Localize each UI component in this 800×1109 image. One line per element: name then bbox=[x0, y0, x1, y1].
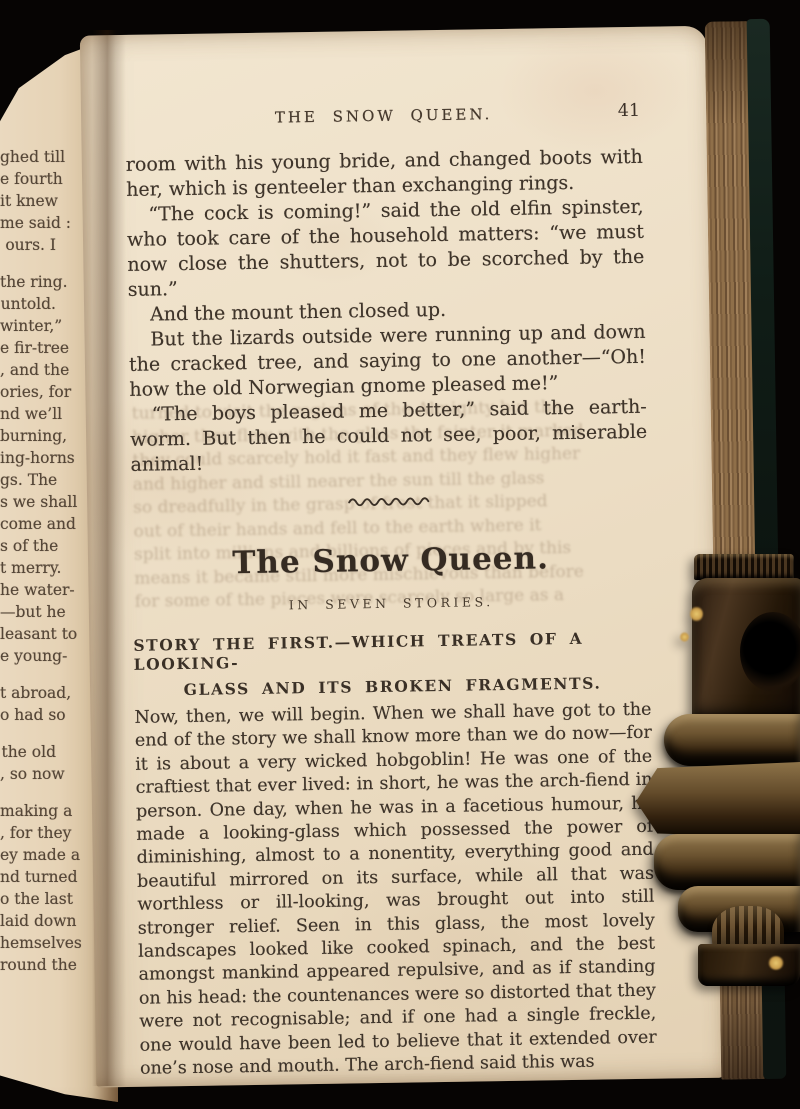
story-subtitle: IN SEVEN STORIES. bbox=[133, 592, 650, 615]
opening-paragraph: Now, then, we will begin. When we shall … bbox=[134, 699, 657, 1082]
left-page-line: the ring. bbox=[0, 271, 56, 293]
left-page-line: t abroad, bbox=[0, 682, 56, 704]
left-page-line: nd we’ll bbox=[0, 403, 56, 425]
left-page-line: , for they bbox=[0, 822, 56, 844]
left-page-line: me said : bbox=[0, 212, 56, 234]
left-page-line: s of the bbox=[0, 535, 56, 557]
left-page-line: laid down bbox=[0, 910, 56, 932]
left-page-line: ghed till bbox=[0, 146, 56, 168]
story-title: The Snow Queen. bbox=[132, 539, 650, 583]
clasp-ridge bbox=[636, 762, 800, 838]
left-page-line: ories, for bbox=[0, 381, 56, 403]
book-photo-scene: ghed tille fourthit knewme said :ours. I… bbox=[0, 0, 800, 1109]
page-number: 41 bbox=[618, 101, 641, 121]
left-page-line: it knew bbox=[0, 190, 56, 212]
chapter-heading-line1: STORY THE FIRST.—WHICH TREATS OF A LOOKI… bbox=[133, 628, 651, 674]
left-page-line: ing-horns bbox=[0, 447, 56, 469]
metal-glint bbox=[768, 956, 784, 970]
metal-clasp bbox=[630, 548, 800, 988]
left-page-line: come and bbox=[0, 513, 56, 535]
left-page-line: s we shall bbox=[0, 491, 56, 513]
left-page-line: hemselves bbox=[0, 932, 56, 954]
left-page-line: the old bbox=[0, 741, 56, 763]
left-page-line: ey made a bbox=[0, 844, 56, 866]
left-page-line: , so now bbox=[0, 763, 56, 785]
left-page-line: e fourth bbox=[0, 168, 56, 190]
left-page-line: , and the bbox=[0, 359, 56, 381]
clasp-strap bbox=[692, 578, 800, 726]
clasp-bottom-strap bbox=[698, 944, 800, 986]
clasp-ridge bbox=[654, 834, 800, 890]
metal-glint bbox=[680, 632, 689, 642]
left-page-line: e young- bbox=[0, 645, 56, 667]
left-page-line: t merry. bbox=[0, 557, 56, 579]
left-page-line: gs. The bbox=[0, 469, 56, 491]
left-page-line: burning, bbox=[0, 425, 56, 447]
left-page-line: he water- bbox=[0, 579, 56, 601]
left-page-line: leasant to bbox=[0, 623, 56, 645]
page-header: THE SNOW QUEEN. 41 bbox=[125, 103, 642, 133]
left-page-line: nd turned bbox=[0, 866, 56, 888]
chapter-heading-line2: GLASS AND ITS BROKEN FRAGMENTS. bbox=[134, 673, 651, 700]
paragraph: “The boys pleased me better,” said the e… bbox=[130, 395, 648, 478]
metal-glint bbox=[690, 606, 703, 622]
left-page-line bbox=[0, 667, 56, 682]
left-page-line: o the last bbox=[0, 888, 56, 910]
paragraph: “The cock is coming!” said the old elfin… bbox=[126, 195, 645, 303]
clasp-ridge bbox=[664, 714, 800, 766]
left-page-line: e fir-tree bbox=[0, 337, 56, 359]
left-page-line: untold. bbox=[0, 293, 56, 315]
chapter-heading: STORY THE FIRST.—WHICH TREATS OF A LOOKI… bbox=[133, 628, 651, 700]
left-page-line bbox=[0, 256, 56, 271]
printed-column: THE SNOW QUEEN. 41 room with his young b… bbox=[125, 103, 657, 1082]
book-page: turned to visit the regions of the Almig… bbox=[80, 26, 723, 1088]
clasp-hinge bbox=[694, 554, 794, 580]
body-text-top: room with his young bride, and changed b… bbox=[126, 145, 648, 478]
left-page-line: ours. I bbox=[0, 234, 56, 256]
paragraph: room with his young bride, and changed b… bbox=[126, 145, 644, 203]
left-page-text-fragments: ghed tille fourthit knewme said :ours. I… bbox=[0, 146, 56, 976]
gutter-shadow bbox=[92, 30, 126, 1086]
paragraph: But the lizards outside were running up … bbox=[128, 320, 646, 403]
left-page-line: o had so bbox=[0, 704, 56, 726]
left-page-line bbox=[0, 785, 56, 800]
left-page-line: winter,” bbox=[0, 315, 56, 337]
left-page-line bbox=[0, 726, 56, 741]
running-header: THE SNOW QUEEN. bbox=[125, 103, 642, 129]
left-page-line: making a bbox=[0, 800, 56, 822]
left-page-line: —but he bbox=[0, 601, 56, 623]
left-page-line: round the bbox=[0, 954, 56, 976]
wavy-rule-ornament bbox=[344, 490, 434, 510]
